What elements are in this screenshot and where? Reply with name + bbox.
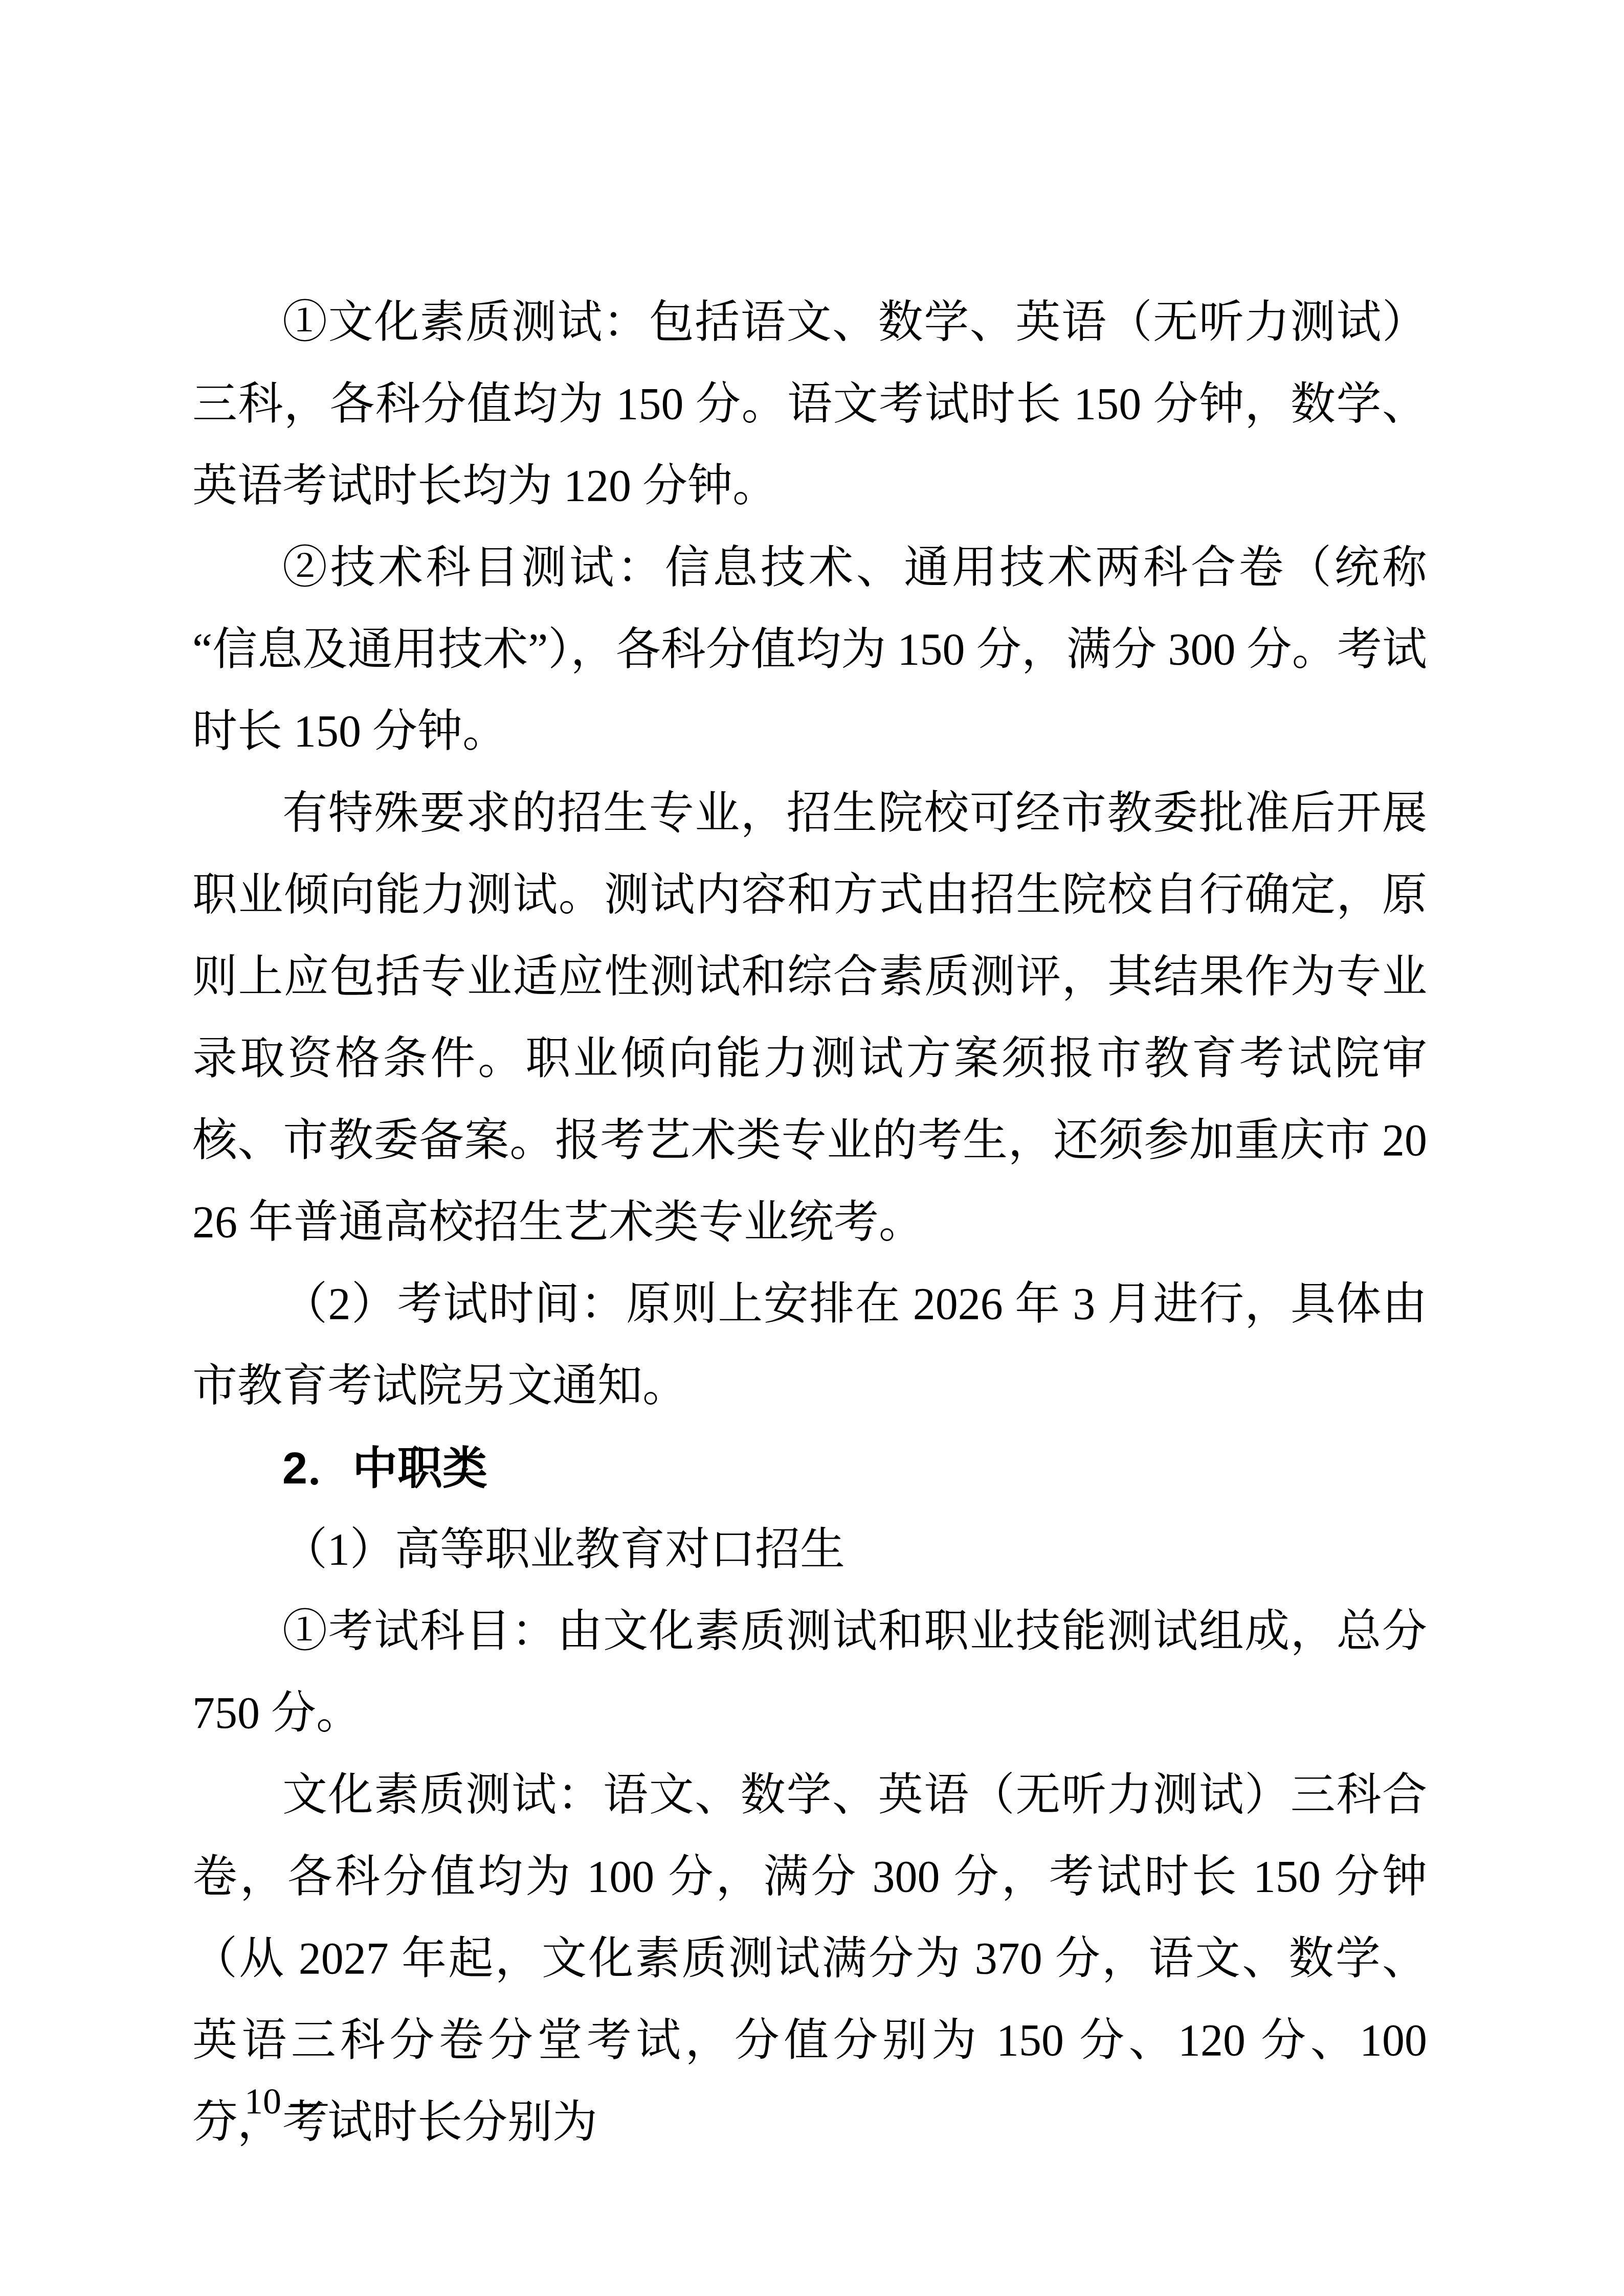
paragraph-exam-time: （2）考试时间：原则上安排在 2026 年 3 月进行，具体由市教育考试院另文通… [192, 1264, 1427, 1427]
paragraph-culture-quality-test-details: 文化素质测试：语文、数学、英语（无听力测试）三科合卷，各科分值均为 100 分，… [192, 1754, 1427, 2164]
document-page: ①文化素质测试：包括语文、数学、英语（无听力测试）三科，各科分值均为 150 分… [0, 0, 1624, 2296]
paragraph-vocational-education-enrollment: （1）高等职业教育对口招生 [192, 1509, 1427, 1591]
page-number: — 10 — [198, 2078, 327, 2124]
paragraph-culture-quality-test: ①文化素质测试：包括语文、数学、英语（无听力测试）三科，各科分值均为 150 分… [192, 282, 1427, 527]
section-heading-zhongzhi-category: 2．中职类 [192, 1427, 1427, 1509]
document-body: ①文化素质测试：包括语文、数学、英语（无听力测试）三科，各科分值均为 150 分… [192, 282, 1427, 2164]
paragraph-technology-subject-test: ②技术科目测试：信息技术、通用技术两科合卷（统称“信息及通用技术”），各科分值均… [192, 527, 1427, 773]
paragraph-exam-subjects: ①考试科目：由文化素质测试和职业技能测试组成，总分 750 分。 [192, 1591, 1427, 1754]
paragraph-special-requirements: 有特殊要求的招生专业，招生院校可经市教委批准后开展职业倾向能力测试。测试内容和方… [192, 773, 1427, 1264]
